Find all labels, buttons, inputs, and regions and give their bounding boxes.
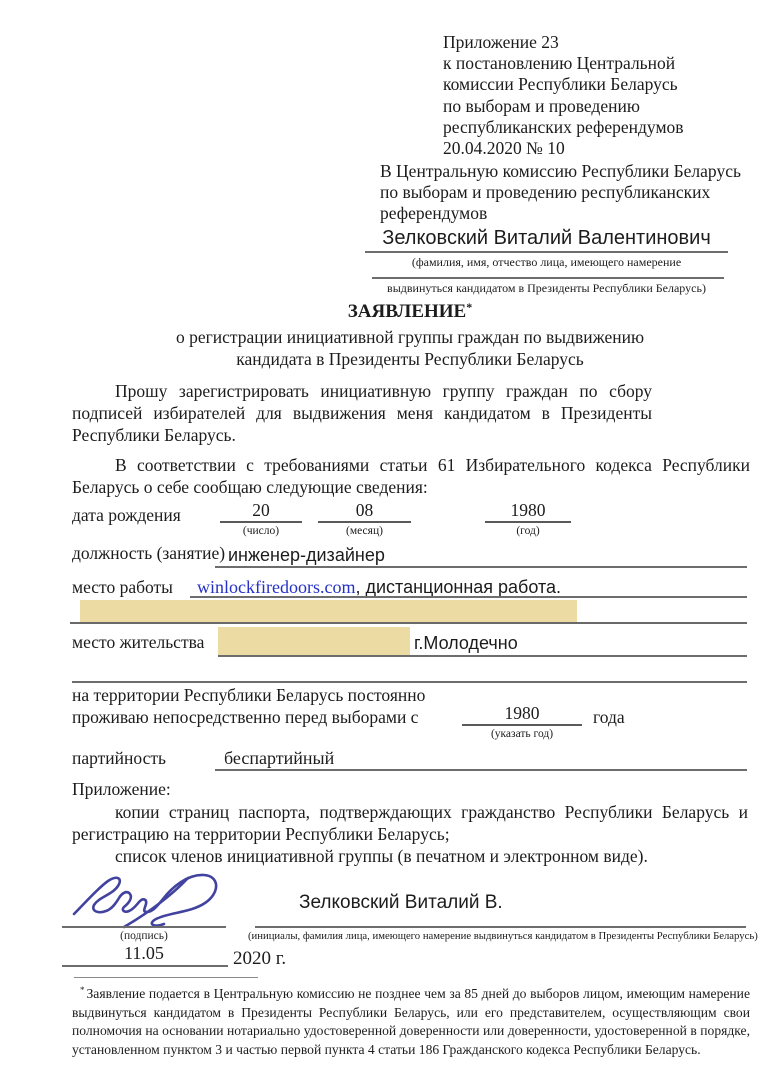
occupation-line — [215, 566, 747, 568]
signature-name-caption: (инициалы, фамилия лица, имеющего намере… — [248, 930, 748, 943]
document-subtitle-2: кандидата в Президенты Республики Белару… — [72, 349, 748, 370]
document-subtitle-1: о регистрации инициативной группы гражда… — [72, 327, 748, 348]
residence-line-2 — [72, 681, 747, 683]
occupation-value: инженер-дизайнер — [228, 545, 385, 566]
footnote-separator-line — [74, 977, 258, 978]
signature-date-line — [62, 965, 228, 967]
workplace-link[interactable]: winlockfiredoors.com — [197, 577, 355, 597]
party-label: партийность — [72, 748, 166, 769]
title-footnote-marker: * — [466, 300, 472, 314]
regulation-reference-block: Приложение 23 к постановлению Центрально… — [443, 32, 753, 159]
residency-line-2: проживаю непосредственно перед выборами … — [72, 707, 418, 728]
birth-date-year-caption: (год) — [485, 523, 571, 538]
signature-caption: (подпись) — [62, 930, 226, 943]
residency-line-1: на территории Республики Беларусь постоя… — [72, 685, 425, 706]
signature-date-year: 2020 г. — [233, 948, 286, 970]
signature-name: Зелковский Виталий В. — [299, 892, 503, 914]
footnote-marker: * — [80, 985, 85, 995]
legal-basis-paragraph: В соответствии с требованиями статьи 61 … — [72, 455, 750, 499]
signature-date-day-month: 11.05 — [62, 943, 226, 964]
birth-date-year-field: 1980 (год) — [485, 500, 571, 538]
footnote: *Заявление подается в Центральную комисс… — [72, 985, 750, 1059]
workplace-line — [190, 596, 747, 598]
request-paragraph: Прошу зарегистрировать инициативную груп… — [72, 381, 652, 446]
addressee-line: В Центральную комиссию Республики Белару… — [380, 161, 750, 182]
attachments-item-1: копии страниц паспорта, подтверждающих г… — [72, 801, 748, 845]
signature-line — [62, 926, 226, 928]
applicant-name-caption-1: (фамилия, имя, отчество лица, имеющего н… — [365, 255, 728, 269]
workplace-rest: , дистанционная работа. — [355, 577, 561, 597]
attachments-item-2: список членов инициативной группы (в печ… — [72, 846, 748, 867]
document-title-text: ЗАЯВЛЕНИЕ — [348, 301, 466, 322]
residency-year-field: 1980 (указать год) — [462, 703, 582, 741]
footnote-text: Заявление подается в Центральную комисси… — [72, 986, 750, 1057]
regulation-reference-line: республиканских референдумов — [443, 117, 753, 138]
residence-label: место жительства — [72, 632, 204, 653]
document-title: ЗАЯВЛЕНИЕ* — [72, 301, 748, 323]
addressee-line: по выборам и проведению республиканских — [380, 182, 750, 203]
residency-year-suffix: года — [593, 707, 625, 728]
application-document-page: Приложение 23 к постановлению Центрально… — [0, 0, 764, 1080]
signature-name-line — [255, 926, 746, 928]
occupation-label: должность (занятие) — [72, 543, 225, 564]
regulation-reference-line: комиссии Республики Беларусь — [443, 74, 753, 95]
residency-year-value: 1980 — [462, 703, 582, 726]
addressee-block: В Центральную комиссию Республики Белару… — [380, 161, 750, 225]
party-line — [215, 769, 747, 771]
applicant-name-caption-2: выдвинуться кандидатом в Президенты Респ… — [365, 281, 728, 295]
redaction-box-workplace — [80, 600, 577, 622]
regulation-reference-date: 20.04.2020 № 10 — [443, 138, 753, 159]
regulation-reference-line: по выборам и проведению — [443, 96, 753, 117]
applicant-name-line-2 — [372, 277, 724, 279]
birth-date-day-field: 20 (число) — [220, 500, 302, 538]
residence-line — [218, 655, 747, 657]
residence-value: г.Молодечно — [414, 633, 518, 654]
birth-date-month-field: 08 (месяц) — [318, 500, 411, 538]
party-value: беспартийный — [224, 748, 334, 769]
birth-date-month-value: 08 — [318, 500, 411, 523]
regulation-reference-line: к постановлению Центральной — [443, 53, 753, 74]
redaction-box-residence — [218, 627, 410, 656]
residency-year-caption: (указать год) — [462, 726, 582, 741]
applicant-name: Зелковский Виталий Валентинович — [365, 226, 728, 250]
birth-date-year-value: 1980 — [485, 500, 571, 523]
birth-date-label: дата рождения — [72, 505, 181, 526]
regulation-reference-line: Приложение 23 — [443, 32, 753, 53]
applicant-name-line — [365, 251, 728, 253]
handwritten-signature — [64, 866, 236, 932]
workplace-value: winlockfiredoors.com, дистанционная рабо… — [197, 577, 561, 598]
birth-date-day-value: 20 — [220, 500, 302, 523]
birth-date-month-caption: (месяц) — [318, 523, 411, 538]
workplace-label: место работы — [72, 577, 173, 598]
attachments-heading: Приложение: — [72, 779, 171, 800]
addressee-line: референдумов — [380, 203, 750, 224]
workplace-line-2 — [70, 622, 747, 624]
birth-date-day-caption: (число) — [220, 523, 302, 538]
